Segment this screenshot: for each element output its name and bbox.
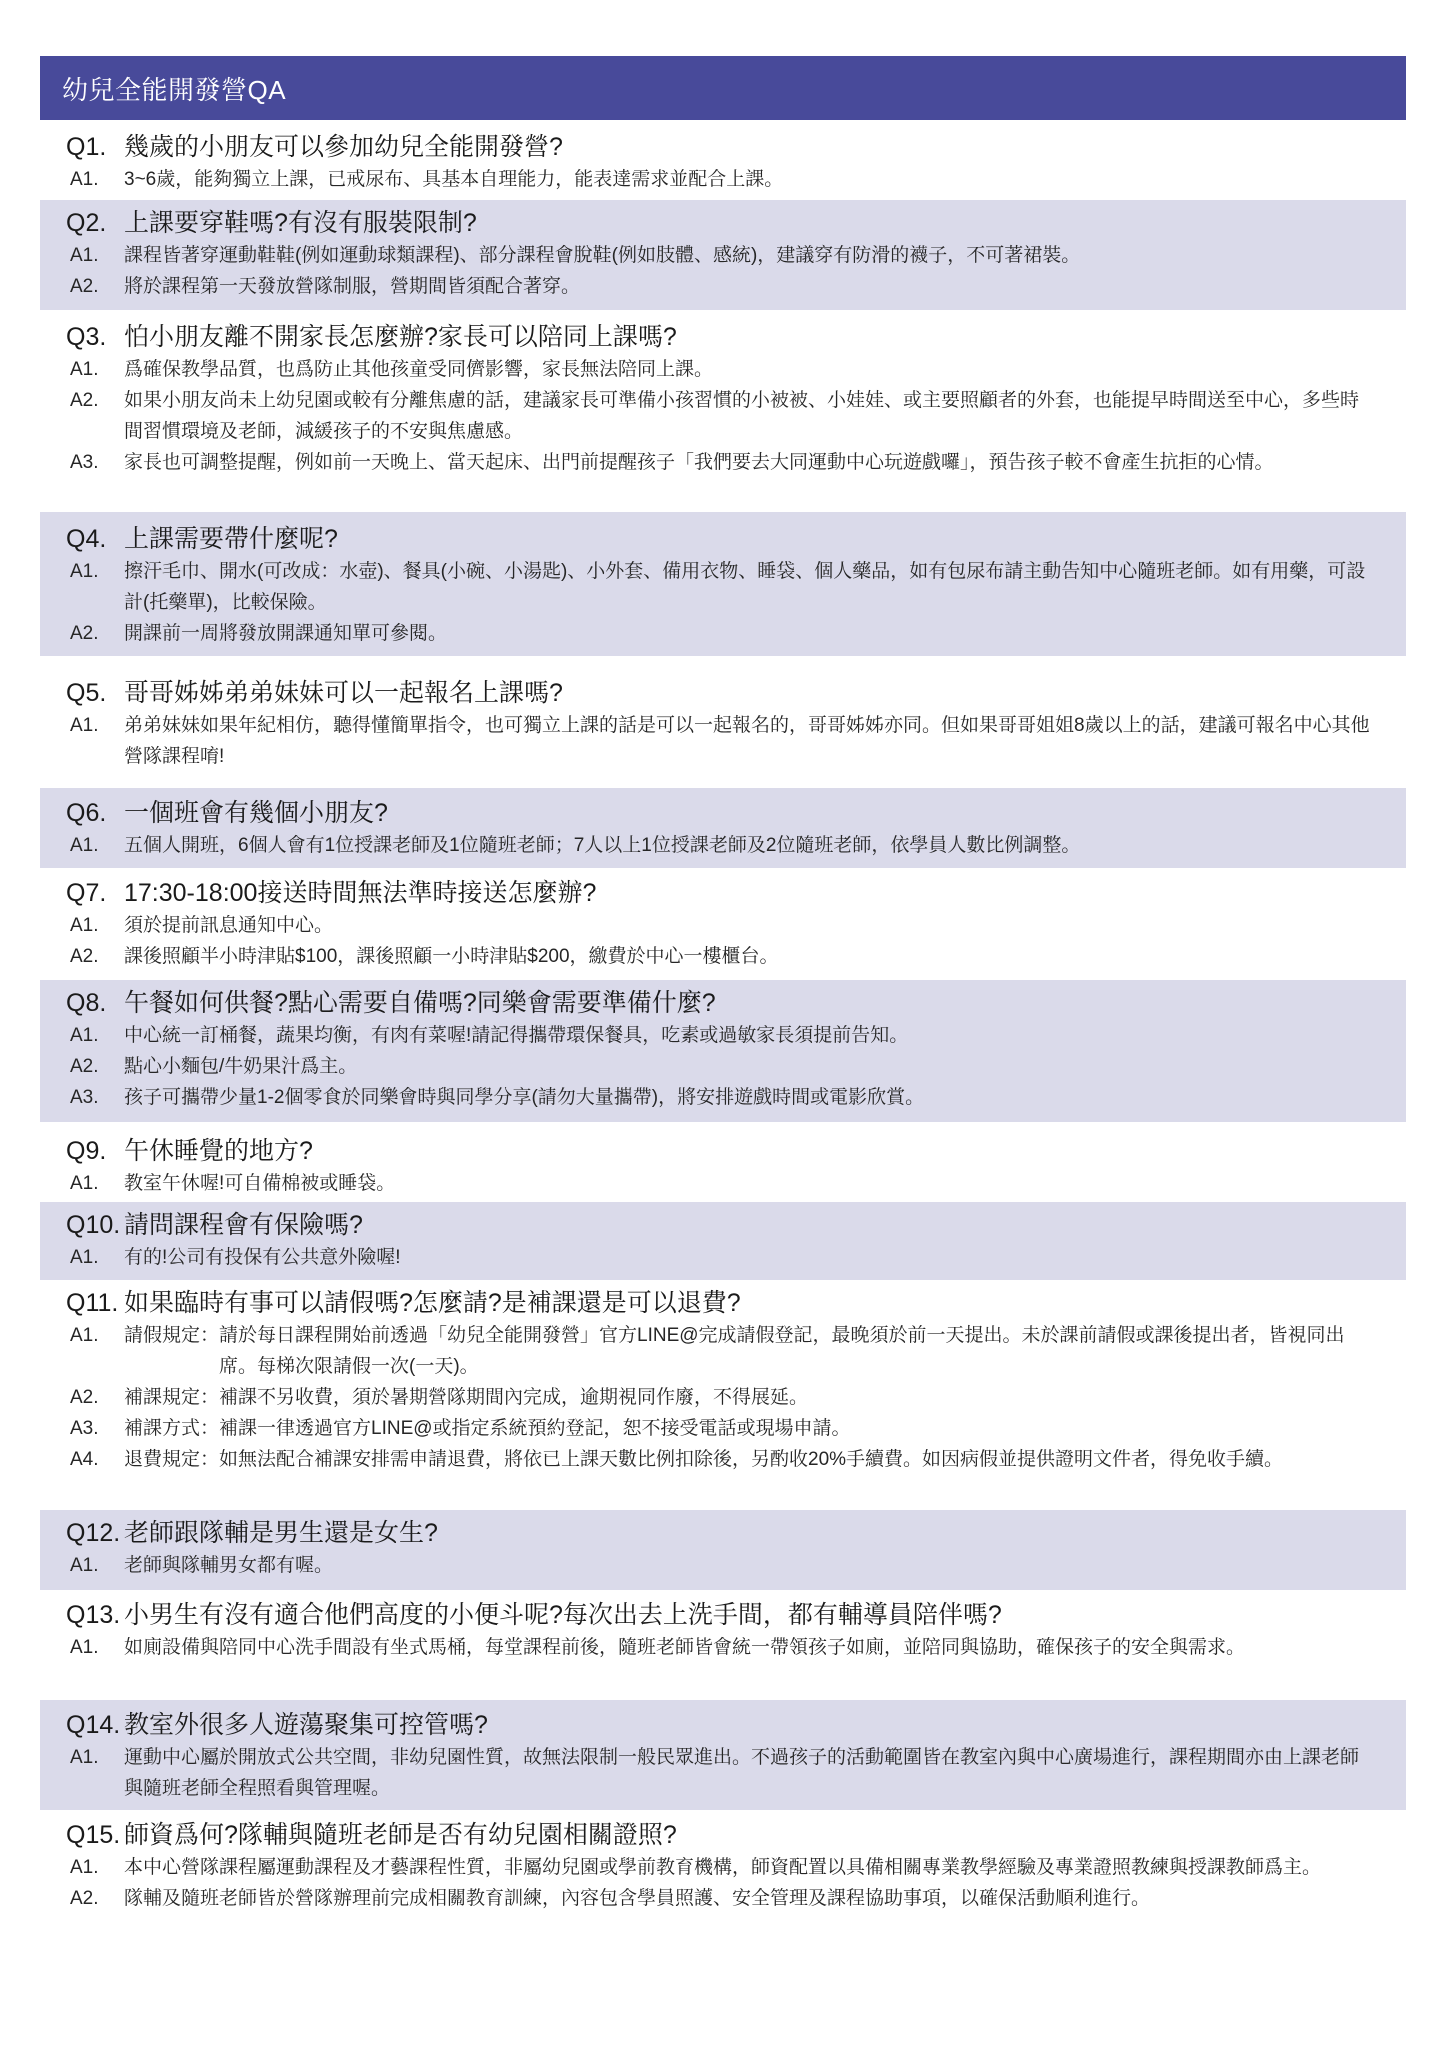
answer-text: 如廁設備與陪同中心洗手間設有坐式馬桶，每堂課程前後，隨班老師皆會統一帶領孩子如廁… (124, 1632, 1376, 1663)
answer-text: 弟弟妹妹如果年紀相仿，聽得懂簡單指令，也可獨立上課的話是可以一起報名的，哥哥姊姊… (124, 710, 1376, 772)
answer-text: 運動中心屬於開放式公共空間，非幼兒園性質，故無法限制一般民眾進出。不過孩子的活動… (124, 1742, 1376, 1804)
answer-label: 退費規定： (124, 1444, 219, 1475)
question-number: Q4. (66, 522, 124, 556)
question-number: Q14. (66, 1708, 124, 1742)
answer-text: 課後照顧半小時津貼$100，課後照顧一小時津貼$200，繳費於中心一樓櫃台。 (124, 941, 1376, 972)
answer-text: 點心小麵包/牛奶果汁爲主。 (124, 1051, 1376, 1082)
answer-number: A2. (66, 271, 124, 302)
answer-number: A3. (66, 1413, 124, 1444)
question-number: Q6. (66, 796, 124, 830)
answer-number: A1. (66, 1632, 124, 1663)
answer-text: 將於課程第一天發放營隊制服，營期間皆須配合著穿。 (124, 271, 1376, 302)
answer-number: A1. (66, 830, 124, 861)
answer-text: 如無法配合補課安排需申請退費，將依已上課天數比例扣除後，另酌收20%手續費。如因… (219, 1444, 1376, 1475)
question-number: Q2. (66, 206, 124, 240)
answer-text: 須於提前訊息通知中心。 (124, 910, 1376, 941)
question-number: Q3. (66, 320, 124, 354)
answer-number: A2. (66, 941, 124, 972)
faq-page: 幼兒全能開發營QA Q1.幾歲的小朋友可以參加幼兒全能開發營? A1.3~6歲，… (40, 56, 1406, 1950)
answer-text: 隊輔及隨班老師皆於營隊辦理前完成相關教育訓練，內容包含學員照護、安全管理及課程協… (124, 1883, 1376, 1914)
answer-number: A1. (66, 1020, 124, 1051)
answer-label: 補課規定： (124, 1382, 219, 1413)
answer-number: A2. (66, 618, 124, 649)
answer-number: A1. (66, 910, 124, 941)
question-text: 請問課程會有保險嗎? (124, 1208, 363, 1242)
answer-number: A1. (66, 1550, 124, 1581)
answer-number: A2. (66, 1382, 124, 1413)
question-text: 17:30-18:00接送時間無法準時接送怎麼辦? (124, 876, 596, 910)
faq-item-q4: Q4.上課需要帶什麼呢? A1.擦汗毛巾、開水(可改成：水壺)、餐具(小碗、小湯… (40, 512, 1406, 656)
question-number: Q5. (66, 676, 124, 710)
faq-item-q13: Q13.小男生有沒有適合他們高度的小便斗呢?每次出去上洗手間，都有輔導員陪伴嗎?… (40, 1590, 1406, 1700)
answer-number: A1. (66, 1168, 124, 1199)
answer-text: 老師與隊輔男女都有喔。 (124, 1550, 1376, 1581)
answer-text: 家長也可調整提醒，例如前一天晚上、當天起床、出門前提醒孩子「我們要去大同運動中心… (124, 447, 1376, 478)
faq-item-q11: Q11.如果臨時有事可以請假嗎?怎麼請?是補課還是可以退費? A1.請假規定：請… (40, 1280, 1406, 1510)
answer-number: A4. (66, 1444, 124, 1475)
question-text: 哥哥姊姊弟弟妹妹可以一起報名上課嗎? (124, 676, 563, 710)
faq-item-q7: Q7.17:30-18:00接送時間無法準時接送怎麼辦? A1.須於提前訊息通知… (40, 868, 1406, 980)
answer-number: A3. (66, 447, 124, 478)
faq-item-q9: Q9.午休睡覺的地方? A1.教室午休喔!可自備棉被或睡袋。 (40, 1122, 1406, 1202)
answer-number: A3. (66, 1082, 124, 1113)
answer-text: 孩子可攜帶少量1-2個零食於同樂會時與同學分享(請勿大量攜帶)，將安排遊戲時間或… (124, 1082, 1376, 1113)
answer-number: A1. (66, 240, 124, 271)
answer-number: A1. (66, 1742, 124, 1804)
question-text: 上課要穿鞋嗎?有沒有服裝限制? (124, 206, 477, 240)
answer-text: 補課一律透過官方LINE@或指定系統預約登記，恕不接受電話或現場申請。 (219, 1413, 1376, 1444)
faq-item-q10: Q10.請問課程會有保險嗎? A1.有的!公司有投保有公共意外險喔! (40, 1202, 1406, 1280)
question-text: 一個班會有幾個小朋友? (124, 796, 388, 830)
question-number: Q13. (66, 1598, 124, 1632)
question-text: 教室外很多人遊蕩聚集可控管嗎? (124, 1708, 488, 1742)
question-text: 午餐如何供餐?點心需要自備嗎?同樂會需要準備什麼? (124, 986, 716, 1020)
answer-number: A1. (66, 164, 124, 195)
answer-text: 請於每日課程開始前透過「幼兒全能開發營」官方LINE@完成請假登記，最晚須於前一… (219, 1320, 1376, 1382)
page-title: 幼兒全能開發營QA (62, 70, 286, 107)
faq-item-q2: Q2.上課要穿鞋嗎?有沒有服裝限制? A1.課程皆著穿運動鞋鞋(例如運動球類課程… (40, 200, 1406, 310)
answer-text: 開課前一周將發放開課通知單可參閱。 (124, 618, 1376, 649)
answer-text: 擦汗毛巾、開水(可改成：水壺)、餐具(小碗、小湯匙)、小外套、備用衣物、睡袋、個… (124, 556, 1376, 618)
question-text: 師資爲何?隊輔與隨班老師是否有幼兒園相關證照? (124, 1818, 677, 1852)
answer-label: 請假規定： (124, 1320, 219, 1382)
answer-number: A1. (66, 1320, 124, 1382)
faq-item-q15: Q15.師資爲何?隊輔與隨班老師是否有幼兒園相關證照? A1.本中心營隊課程屬運… (40, 1810, 1406, 1950)
faq-item-q3: Q3.怕小朋友離不開家長怎麼辦?家長可以陪同上課嗎? A1.爲確保教學品質，也爲… (40, 310, 1406, 512)
answer-number: A1. (66, 1242, 124, 1273)
question-number: Q11. (66, 1286, 124, 1320)
question-text: 怕小朋友離不開家長怎麼辦?家長可以陪同上課嗎? (124, 320, 677, 354)
question-number: Q10. (66, 1208, 124, 1242)
question-number: Q15. (66, 1818, 124, 1852)
answer-number: A1. (66, 354, 124, 385)
question-number: Q12. (66, 1516, 124, 1550)
answer-number: A1. (66, 556, 124, 618)
answer-text: 本中心營隊課程屬運動課程及才藝課程性質，非屬幼兒園或學前教育機構，師資配置以具備… (124, 1852, 1376, 1883)
page-title-bar: 幼兒全能開發營QA (40, 56, 1406, 120)
faq-item-q12: Q12.老師跟隊輔是男生還是女生? A1.老師與隊輔男女都有喔。 (40, 1510, 1406, 1590)
question-number: Q7. (66, 876, 124, 910)
answer-text: 爲確保教學品質，也爲防止其他孩童受同儕影響，家長無法陪同上課。 (124, 354, 1376, 385)
answer-number: A2. (66, 1051, 124, 1082)
faq-item-q1: Q1.幾歲的小朋友可以參加幼兒全能開發營? A1.3~6歲，能夠獨立上課，已戒尿… (40, 120, 1406, 200)
answer-number: A1. (66, 1852, 124, 1883)
answer-number: A1. (66, 710, 124, 772)
faq-item-q14: Q14.教室外很多人遊蕩聚集可控管嗎? A1.運動中心屬於開放式公共空間，非幼兒… (40, 1700, 1406, 1810)
question-text: 午休睡覺的地方? (124, 1134, 313, 1168)
question-text: 上課需要帶什麼呢? (124, 522, 338, 556)
answer-text: 課程皆著穿運動鞋鞋(例如運動球類課程)、部分課程會脫鞋(例如肢體、感統)，建議穿… (124, 240, 1376, 271)
question-number: Q8. (66, 986, 124, 1020)
question-number: Q9. (66, 1134, 124, 1168)
question-text: 幾歲的小朋友可以參加幼兒全能開發營? (124, 130, 563, 164)
answer-text: 中心統一訂桶餐，蔬果均衡，有肉有菜喔!請記得攜帶環保餐具，吃素或過敏家長須提前告… (124, 1020, 1376, 1051)
faq-item-q5: Q5.哥哥姊姊弟弟妹妹可以一起報名上課嗎? A1.弟弟妹妹如果年紀相仿，聽得懂簡… (40, 656, 1406, 788)
answer-text: 有的!公司有投保有公共意外險喔! (124, 1242, 1376, 1273)
question-text: 老師跟隊輔是男生還是女生? (124, 1516, 438, 1550)
faq-item-q8: Q8.午餐如何供餐?點心需要自備嗎?同樂會需要準備什麼? A1.中心統一訂桶餐，… (40, 980, 1406, 1122)
answer-number: A2. (66, 1883, 124, 1914)
question-text: 小男生有沒有適合他們高度的小便斗呢?每次出去上洗手間，都有輔導員陪伴嗎? (124, 1598, 1002, 1632)
answer-label: 補課方式： (124, 1413, 219, 1444)
faq-item-q6: Q6.一個班會有幾個小朋友? A1.五個人開班，6個人會有1位授課老師及1位隨班… (40, 788, 1406, 868)
answer-text: 如果小朋友尚未上幼兒園或較有分離焦慮的話，建議家長可準備小孩習慣的小被被、小娃娃… (124, 385, 1376, 447)
answer-text: 3~6歲，能夠獨立上課，已戒尿布、具基本自理能力，能表達需求並配合上課。 (124, 164, 1376, 195)
question-text: 如果臨時有事可以請假嗎?怎麼請?是補課還是可以退費? (124, 1286, 741, 1320)
answer-text: 補課不另收費，須於暑期營隊期間內完成，逾期視同作廢，不得展延。 (219, 1382, 1376, 1413)
answer-text: 五個人開班，6個人會有1位授課老師及1位隨班老師；7人以上1位授課老師及2位隨班… (124, 830, 1376, 861)
question-number: Q1. (66, 130, 124, 164)
answer-number: A2. (66, 385, 124, 447)
answer-text: 教室午休喔!可自備棉被或睡袋。 (124, 1168, 1376, 1199)
